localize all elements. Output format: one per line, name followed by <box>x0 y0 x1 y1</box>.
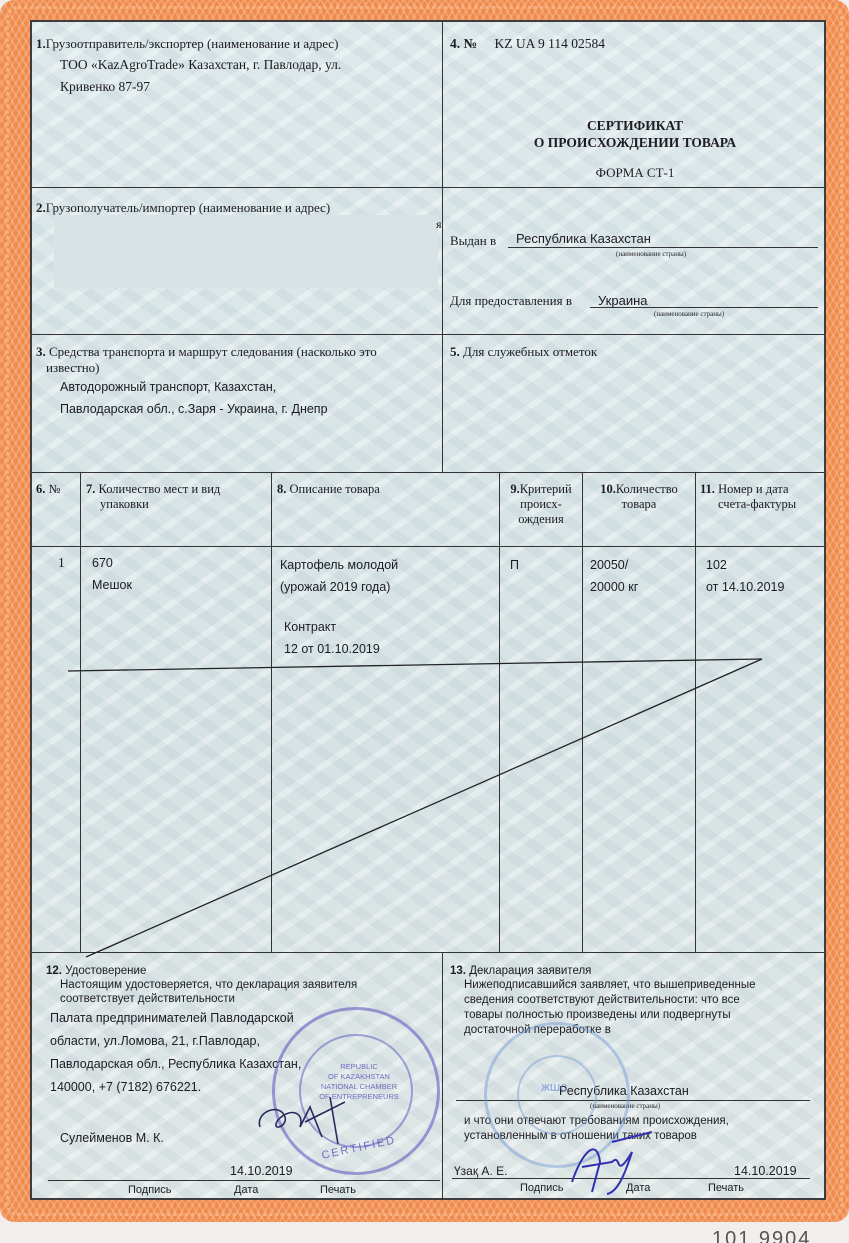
certifier-signature <box>250 1082 370 1152</box>
box-label: Грузополучатель/импортер (наименование и… <box>46 200 330 215</box>
box-number: 1. <box>36 36 46 51</box>
transport-line1: Автодорожный транспорт, Казахстан, <box>36 376 436 398</box>
box-number: 3. <box>36 344 46 359</box>
box-shipper: 1.Грузоотправитель/экспортер (наименован… <box>36 36 436 98</box>
declaration-date: 14.10.2019 <box>734 1164 797 1178</box>
issued-country: Республика Казахстан <box>516 228 651 250</box>
certificate-number: KZ UA 9 114 02584 <box>494 36 605 51</box>
cell-row-no: 1 <box>58 552 65 574</box>
box-number: 5. <box>450 344 460 359</box>
declarant-name: Үзақ А. Е. <box>454 1164 507 1178</box>
provided-label: Для предоставления в <box>450 293 572 308</box>
provided-to: Для предоставления в Украина (наименован… <box>450 292 820 322</box>
th-no: 6. № <box>36 482 80 497</box>
cell-description: Картофель молодой (урожай 2019 года) Кон… <box>280 554 495 660</box>
provided-country: Украина <box>598 290 648 312</box>
box-number: 2. <box>36 200 46 215</box>
provided-hint: (наименование страны) <box>654 310 724 318</box>
cell-quantity: 20050/ 20000 кг <box>590 554 690 598</box>
box-label: Декларация заявителя <box>469 965 591 977</box>
box-official-notes: 5. Для служебных отметок <box>450 344 820 360</box>
certificate-sheet: 1.Грузоотправитель/экспортер (наименован… <box>30 20 826 1200</box>
box-label: Грузоотправитель/экспортер (наименование… <box>46 36 339 51</box>
box-label: Средства транспорта и маршрут следования… <box>49 344 377 359</box>
title-line2: О ПРОИСХОЖДЕНИИ ТОВАРА <box>450 134 820 151</box>
declaration-text: Нижеподписавшийся заявляет, что вышеприв… <box>450 978 820 1038</box>
declarant-signature <box>552 1122 662 1202</box>
th-criterion: 9.Критерий происх- ождения <box>501 482 581 527</box>
signature-caption: Подпись Дата Печать <box>128 1184 428 1196</box>
serial-number: 101 9904 <box>712 1228 811 1243</box>
th-description: 8. Описание товара <box>277 482 497 497</box>
box-declaration: 13. Декларация заявителя Нижеподписавший… <box>450 964 820 1038</box>
box-label-cont: известно) <box>36 360 436 376</box>
shipper-line1: ТОО «KazAgroTrade» Казахстан, г. Павлода… <box>36 54 436 76</box>
title-line1: СЕРТИФИКАТ <box>450 117 820 134</box>
shipper-line2: Кривенко 87-97 <box>36 76 436 98</box>
issued-in: Выдан в Республика Казахстан (наименован… <box>450 232 820 262</box>
certificate-title: СЕРТИФИКАТ О ПРОИСХОЖДЕНИИ ТОВАРА ФОРМА … <box>450 117 820 181</box>
signature-line <box>48 1180 440 1181</box>
box-label: Для служебных отметок <box>463 344 597 359</box>
box-cert-number: 4. № KZ UA 9 114 02584 <box>450 36 820 52</box>
th-quantity: 10.Количество товара <box>584 482 694 512</box>
cell-criterion: П <box>510 554 519 576</box>
form-name: ФОРМА СТ-1 <box>450 165 820 181</box>
cell-invoice: 102 от 14.10.2019 <box>706 554 822 598</box>
redacted-consignee <box>54 215 438 288</box>
th-invoice: 11. Номер и дата счета-фактуры <box>700 482 824 512</box>
box-transport: 3. Средства транспорта и маршрут следова… <box>36 344 436 420</box>
certification-date: 14.10.2019 <box>230 1164 293 1178</box>
stray-text: я <box>436 217 442 232</box>
certification-text: Настоящим удостоверяется, что декларация… <box>46 978 438 1006</box>
issued-hint: (наименование страны) <box>616 250 686 258</box>
transport-line2: Павлодарская обл., с.Заря - Украина, г. … <box>36 398 436 420</box>
cell-packages: 670 Мешок <box>92 552 262 596</box>
issued-label: Выдан в <box>450 233 496 248</box>
box-label: Удостоверение <box>65 965 146 977</box>
box-number: 12. <box>46 965 62 977</box>
th-packages: 7. Количество мест и вид упаковки <box>86 482 270 512</box>
box-number: 4. № <box>450 36 477 51</box>
box-number: 13. <box>450 965 466 977</box>
box-consignee: 2.Грузополучатель/импортер (наименование… <box>36 200 436 216</box>
